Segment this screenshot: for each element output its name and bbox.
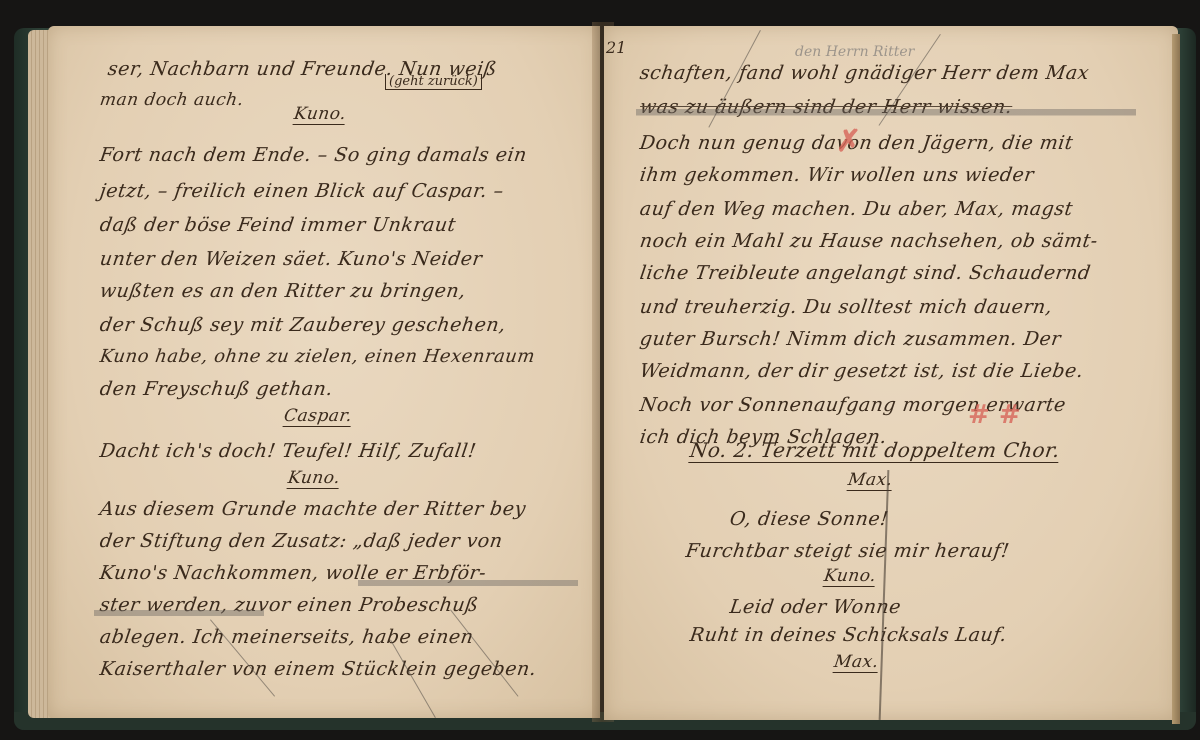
stage-direction-annotation: (geht zurück) <box>385 74 482 90</box>
speaker-name: Kuno. <box>287 468 342 489</box>
text-line: wußten es an den Ritter zu bringen, <box>98 280 467 302</box>
text-line: Weidmann, der dir gesetzt ist, ist die L… <box>638 360 1085 382</box>
text-line: daß der böse Feind immer Unkraut <box>98 214 457 236</box>
pencil-note: den Herrn Ritter <box>795 44 914 60</box>
page-number: 21 <box>606 38 626 57</box>
text-line: Aus diesem Grunde machte der Ritter bey <box>98 498 527 520</box>
verse-line: Furchtbar steigt sie mir herauf! <box>684 540 1010 562</box>
text-line: jetzt, – freilich einen Blick auf Caspar… <box>98 180 505 202</box>
pencil-strike <box>636 100 1136 122</box>
text-line: man doch auch. <box>99 90 245 110</box>
text-line: unter den Weizen säet. Kuno's Neider <box>98 248 483 270</box>
text-line: liche Treibleute angelangt sind. Schaude… <box>638 262 1092 284</box>
text-line: Fort nach dem Ende. – So ging damals ein <box>98 144 528 166</box>
verse-line: Leid oder Wonne <box>728 596 902 618</box>
verse-line: O, diese Sonne! <box>728 508 889 530</box>
text-line: schaften, fand wohl gnädiger Herr dem Ma… <box>638 62 1090 84</box>
speaker-name: Caspar. <box>283 406 354 427</box>
text-line: noch ein Mahl zu Hause nachsehen, ob säm… <box>638 230 1099 252</box>
red-crayon-mark: # # <box>968 400 1021 430</box>
text-line: Kaiserthaler von einem Stücklein gegeben… <box>98 658 537 680</box>
red-crayon-mark: ✗ <box>836 124 861 159</box>
verse-line: Ruht in deines Schicksals Lauf. <box>688 624 1008 646</box>
text-line: Dacht ich's doch! Teufel! Hilf, Zufall! <box>98 440 477 462</box>
speaker-name: Kuno. <box>293 104 348 125</box>
text-line: den Freyschuß gethan. <box>98 378 334 400</box>
text-line: ihm gekommen. Wir wollen uns wieder <box>638 164 1035 186</box>
speaker-name: Kuno. <box>823 566 878 587</box>
text-line: und treuherzig. Du solltest mich dauern, <box>638 296 1053 318</box>
text-line: der Stiftung den Zusatz: „daß jeder von <box>98 530 504 552</box>
text-line: Kuno habe, ohne zu zielen, einen Hexenra… <box>99 346 537 367</box>
text-line: auf den Weg machen. Du aber, Max, magst <box>638 198 1074 220</box>
section-heading: No. 2. Terzett mit doppeltem Chor. <box>688 438 1061 463</box>
text-line: ablegen. Ich meinerseits, habe einen <box>98 626 475 648</box>
pencil-strike <box>358 572 578 592</box>
speaker-name: Max. <box>833 652 880 673</box>
text-line: der Schuß sey mit Zauberey geschehen, <box>98 314 507 336</box>
pencil-strike <box>94 602 264 622</box>
text-line: guter Bursch! Nimm dich zusammen. Der <box>638 328 1062 350</box>
right-page-edge <box>1172 34 1180 724</box>
